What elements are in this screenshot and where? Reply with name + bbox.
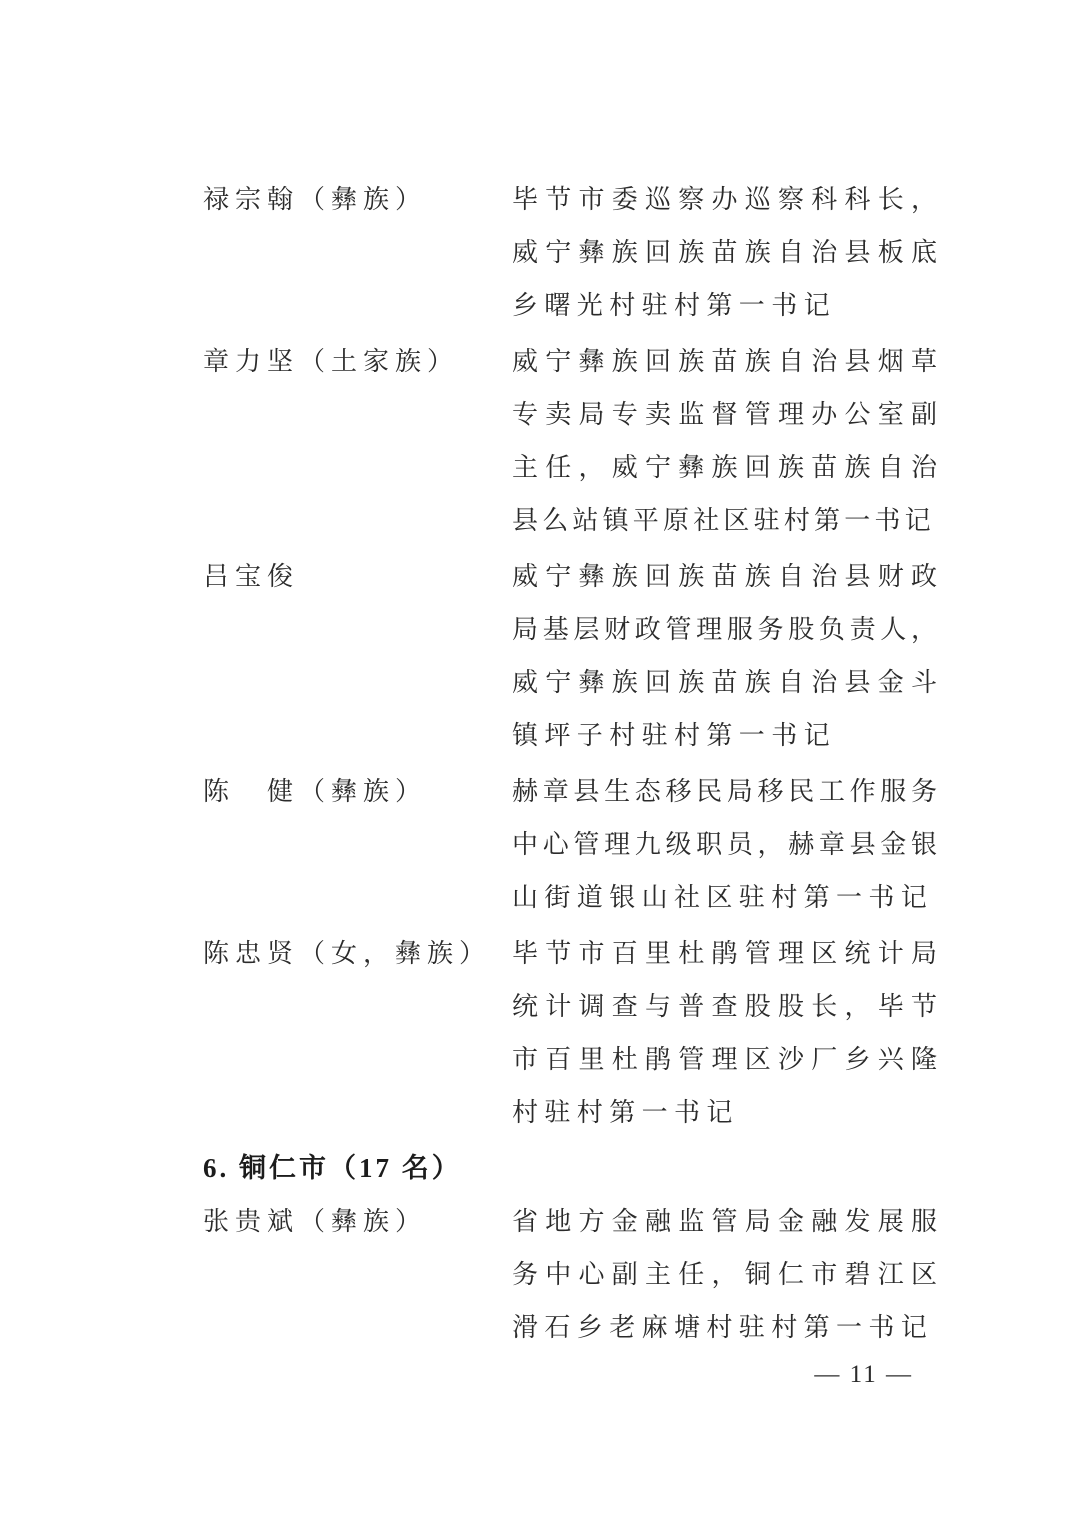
person-name: 禄宗翰（彝族）	[203, 173, 512, 226]
roster-entry: 吕宝俊 威宁彝族回族苗族自治县财政 局基层财政管理服务股负责人， 威宁彝族回族苗…	[203, 550, 937, 762]
roster-entry: 禄宗翰（彝族） 毕节市委巡察办巡察科科长， 威宁彝族回族苗族自治县板底 乡曙光村…	[203, 173, 937, 332]
position-line: 毕节市百里杜鹃管理区统计局	[512, 927, 937, 980]
person-name: 陈 健（彝族）	[203, 765, 512, 818]
position-line: 主任，威宁彝族回族苗族自治	[512, 441, 937, 494]
section-header-tongren: 6. 铜仁市（17 名）	[203, 1142, 937, 1195]
page-number: — 11 —	[814, 1358, 913, 1392]
position-line: 赫章县生态移民局移民工作服务	[512, 765, 937, 818]
position-line: 威宁彝族回族苗族自治县烟草	[512, 335, 937, 388]
position-line: 镇坪子村驻村第一书记	[512, 709, 937, 762]
person-name: 吕宝俊	[203, 550, 512, 603]
roster-content: 禄宗翰（彝族） 毕节市委巡察办巡察科科长， 威宁彝族回族苗族自治县板底 乡曙光村…	[203, 173, 937, 1357]
person-position: 赫章县生态移民局移民工作服务 中心管理九级职员，赫章县金银 山街道银山社区驻村第…	[512, 765, 937, 924]
position-line: 中心管理九级职员，赫章县金银	[512, 818, 937, 871]
person-position: 毕节市百里杜鹃管理区统计局 统计调查与普查股股长，毕节 市百里杜鹃管理区沙厂乡兴…	[512, 927, 937, 1139]
position-line: 务中心副主任，铜仁市碧江区	[512, 1248, 937, 1301]
person-name: 陈忠贤（女，彝族）	[203, 927, 512, 980]
position-line: 威宁彝族回族苗族自治县板底	[512, 226, 937, 279]
position-line: 专卖局专卖监督管理办公室副	[512, 388, 937, 441]
position-line: 威宁彝族回族苗族自治县财政	[512, 550, 937, 603]
position-line: 村驻村第一书记	[512, 1086, 937, 1139]
person-position: 省地方金融监管局金融发展服 务中心副主任，铜仁市碧江区 滑石乡老麻塘村驻村第一书…	[512, 1195, 937, 1354]
person-position: 威宁彝族回族苗族自治县烟草 专卖局专卖监督管理办公室副 主任，威宁彝族回族苗族自…	[512, 335, 937, 547]
position-line: 威宁彝族回族苗族自治县金斗	[512, 656, 937, 709]
person-position: 威宁彝族回族苗族自治县财政 局基层财政管理服务股负责人， 威宁彝族回族苗族自治县…	[512, 550, 937, 762]
position-line: 省地方金融监管局金融发展服	[512, 1195, 937, 1248]
position-line: 乡曙光村驻村第一书记	[512, 279, 937, 332]
roster-entry: 陈 健（彝族） 赫章县生态移民局移民工作服务 中心管理九级职员，赫章县金银 山街…	[203, 765, 937, 924]
roster-entry: 张贵斌（彝族） 省地方金融监管局金融发展服 务中心副主任，铜仁市碧江区 滑石乡老…	[203, 1195, 937, 1354]
position-line: 统计调查与普查股股长，毕节	[512, 980, 937, 1033]
position-line: 县么站镇平原社区驻村第一书记	[512, 494, 937, 547]
roster-entry: 陈忠贤（女，彝族） 毕节市百里杜鹃管理区统计局 统计调查与普查股股长，毕节 市百…	[203, 927, 937, 1139]
person-position: 毕节市委巡察办巡察科科长， 威宁彝族回族苗族自治县板底 乡曙光村驻村第一书记	[512, 173, 937, 332]
position-line: 山街道银山社区驻村第一书记	[512, 871, 937, 924]
position-line: 毕节市委巡察办巡察科科长，	[512, 173, 937, 226]
position-line: 局基层财政管理服务股负责人，	[512, 603, 937, 656]
position-line: 市百里杜鹃管理区沙厂乡兴隆	[512, 1033, 937, 1086]
document-page: 禄宗翰（彝族） 毕节市委巡察办巡察科科长， 威宁彝族回族苗族自治县板底 乡曙光村…	[0, 0, 1080, 1527]
person-name: 张贵斌（彝族）	[203, 1195, 512, 1248]
roster-entry: 章力坚（土家族） 威宁彝族回族苗族自治县烟草 专卖局专卖监督管理办公室副 主任，…	[203, 335, 937, 547]
person-name: 章力坚（土家族）	[203, 335, 512, 388]
position-line: 滑石乡老麻塘村驻村第一书记	[512, 1301, 937, 1354]
